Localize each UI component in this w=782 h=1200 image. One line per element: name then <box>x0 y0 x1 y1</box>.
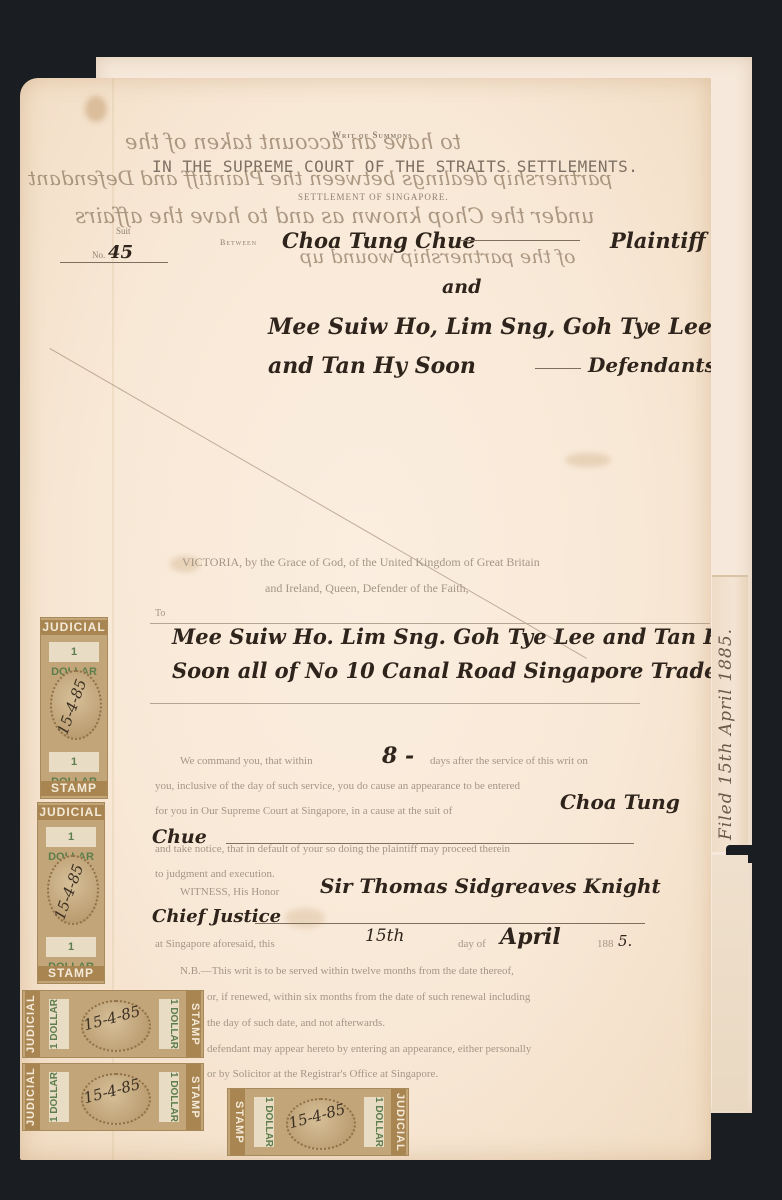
day-of-label: day of <box>458 938 486 950</box>
witness-name: Sir Thomas Sidgreaves Knight <box>320 874 661 898</box>
command-suffix: days after the service of this writ on <box>430 755 588 767</box>
bleed-through-text: under the Chop known as and to have the … <box>75 204 595 228</box>
year-prefix: 188 <box>597 938 614 950</box>
plaintiff-rule <box>460 240 580 241</box>
day-value: 15th <box>365 926 404 946</box>
judicial-stamp: JUDICIAL 1 DOLLAR 1 DOLLAR STAMP 15-4-85 <box>37 802 105 984</box>
preamble-line-1: VICTORIA, by the Grace of God, of the Un… <box>182 555 540 570</box>
nb-line-5: or by Solicitor at the Registrar's Offic… <box>207 1068 438 1080</box>
address-rule <box>150 703 640 704</box>
judicial-stamp: JUDICIAL 1 DOLLAR 1 DOLLAR STAMP 15-4-85 <box>22 990 204 1058</box>
addressees-line-2: Soon all of No 10 Canal Road Singapore T… <box>172 658 711 683</box>
no-label: No. <box>92 250 105 260</box>
notice-line-1: and take notice, that in default of your… <box>155 843 510 855</box>
court-heading: IN THE SUPREME COURT OF THE STRAITS SETT… <box>152 157 638 176</box>
month-value: April <box>500 924 561 950</box>
backing-sheet-lower <box>712 855 748 1111</box>
defendants-line-1: Mee Suiw Ho, Lim Sng, Goh Tye Lee <box>268 314 711 340</box>
stamp-value: 1 DOLLAR <box>364 1097 384 1147</box>
defendants-line-2: and Tan Hy Soon <box>268 353 476 379</box>
command-prefix: We command you, that within <box>180 755 313 767</box>
stamp-value: 1 DOLLAR <box>46 827 96 847</box>
command-line-2: you, inclusive of the day of such servic… <box>155 780 520 792</box>
judicial-stamp: STAMP 1 DOLLAR 1 DOLLAR JUDICIAL 15-4-85 <box>227 1088 409 1156</box>
nb-line-3: the day of such date, and not afterwards… <box>207 1017 385 1029</box>
settlement-heading: SETTLEMENT OF SINGAPORE. <box>298 192 449 202</box>
stamp-bottom-label: STAMP <box>41 781 107 796</box>
stamp-value: 1 DOLLAR <box>49 642 99 662</box>
stamp-bottom-label: STAMP <box>230 1089 245 1155</box>
defendants-rule <box>535 368 581 369</box>
defendants-role: Defendants <box>588 353 711 377</box>
nb-line-4: defendant may appear hereto by entering … <box>207 1043 531 1055</box>
stamp-top-label: JUDICIAL <box>391 1089 406 1155</box>
filing-note: Filed 15th April 1885. <box>716 580 744 840</box>
suit-rule <box>60 262 168 263</box>
stamp-value: 1 DOLLAR <box>159 1072 179 1122</box>
stamp-top-label: JUDICIAL <box>25 991 40 1057</box>
stain <box>565 453 611 467</box>
writ-title: Writ of Summons <box>332 130 413 140</box>
plaintiff-role: Plaintiff <box>610 228 706 253</box>
witness-rule <box>255 923 645 924</box>
suit-of-name-part-1: Choa Tung <box>560 790 680 814</box>
to-label: To <box>155 608 165 619</box>
notice-line-2: to judgment and execution. <box>155 868 275 880</box>
command-line-3: for you in Our Supreme Court at Singapor… <box>155 805 452 817</box>
between-label: Between <box>220 238 257 247</box>
addressees-line-1: Mee Suiw Ho. Lim Sng. Goh Tye Lee and Ta… <box>172 624 711 649</box>
stain <box>85 96 107 122</box>
stamp-value: 1 DOLLAR <box>46 937 96 957</box>
stamp-top-label: JUDICIAL <box>38 805 104 820</box>
stamp-bottom-label: STAMP <box>186 991 201 1057</box>
nb-line-1: N.B.—This writ is to be served within tw… <box>180 965 514 977</box>
stamp-value: 1 DOLLAR <box>49 1072 69 1122</box>
year-suffix: 5. <box>618 932 632 950</box>
judicial-stamp: JUDICIAL 1 DOLLAR 1 DOLLAR STAMP 15-4-85 <box>40 617 108 799</box>
stamp-top-label: JUDICIAL <box>41 620 107 635</box>
days-value: 8 - <box>382 743 414 769</box>
suit-label: Suit <box>116 226 131 236</box>
stamp-value: 1 DOLLAR <box>49 752 99 772</box>
stamp-top-label: JUDICIAL <box>25 1064 40 1130</box>
stain <box>285 908 325 928</box>
witness-label: WITNESS, His Honor <box>180 886 279 898</box>
stamp-value: 1 DOLLAR <box>49 999 69 1049</box>
suit-number: 45 <box>108 242 133 263</box>
page-corner-shadow <box>20 57 96 78</box>
stamp-value: 1 DOLLAR <box>254 1097 274 1147</box>
stamp-bottom-label: STAMP <box>38 966 104 981</box>
stamp-bottom-label: STAMP <box>186 1064 201 1130</box>
and-word: and <box>442 276 481 298</box>
diagonal-fold <box>50 348 587 659</box>
preamble-line-2: and Ireland, Queen, Defender of the Fait… <box>265 581 469 596</box>
plaintiff-name: Choa Tung Chue <box>282 228 476 253</box>
stamp-value: 1 DOLLAR <box>159 999 179 1049</box>
judicial-stamp: JUDICIAL 1 DOLLAR 1 DOLLAR STAMP 15-4-85 <box>22 1063 204 1131</box>
nb-line-2: or, if renewed, within six months from t… <box>207 991 530 1003</box>
dated-prefix: at Singapore aforesaid, this <box>155 938 275 950</box>
